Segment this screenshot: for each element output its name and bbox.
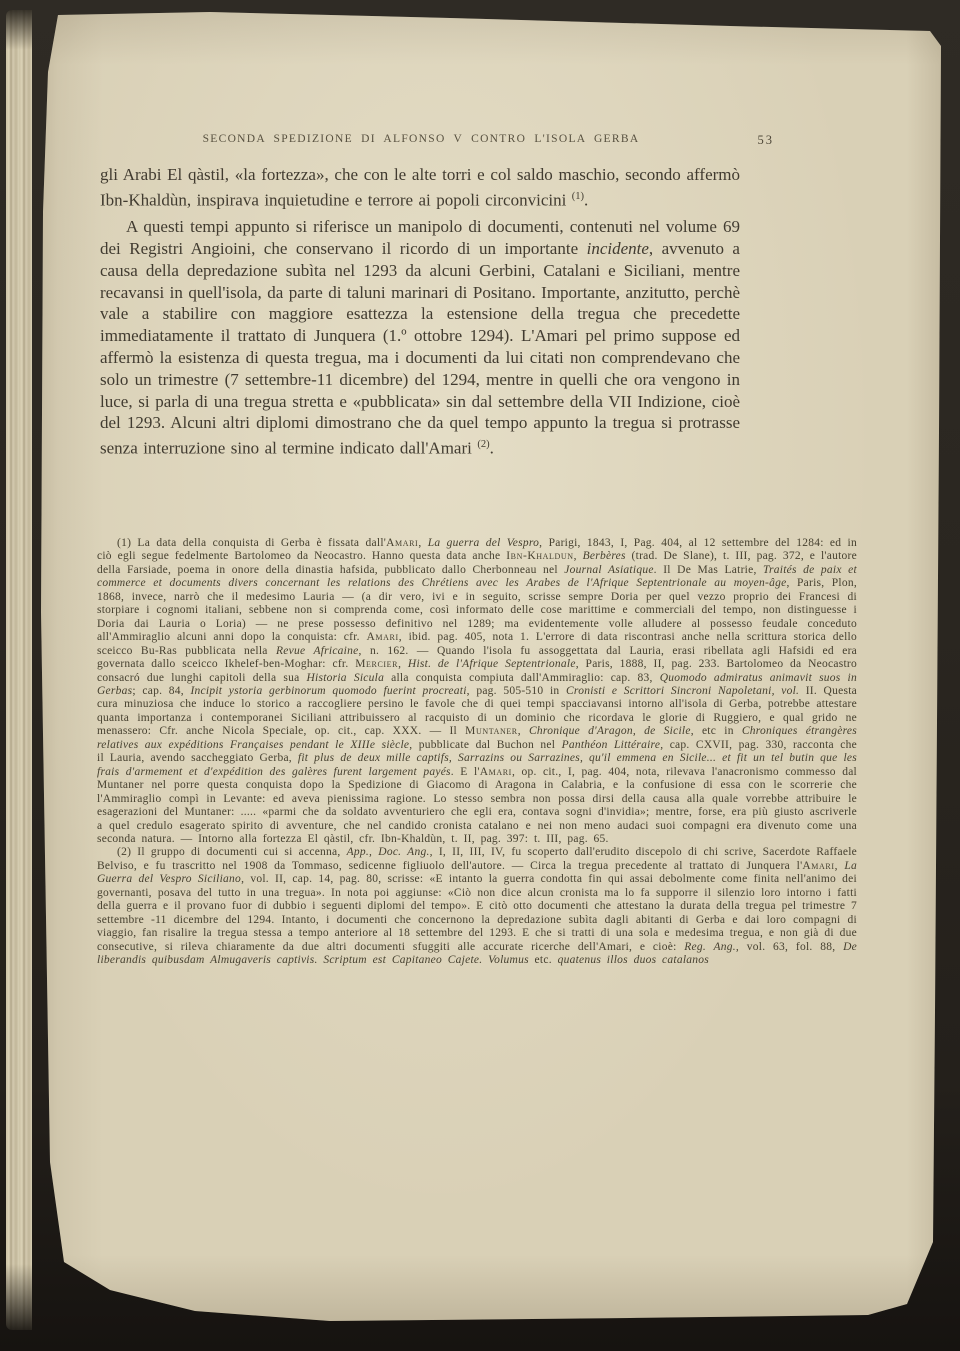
scanned-book-photo: SECONDA SPEDIZIONE DI ALFONSO V CONTRO L…	[0, 0, 960, 1351]
body-text: gli Arabi El qàstil, «la fortezza», che …	[100, 164, 740, 465]
body-paragraph-continuation: gli Arabi El qàstil, «la fortezza», che …	[100, 164, 740, 211]
body-paragraph: A questi tempi appunto si riferisce un m…	[100, 216, 740, 459]
footnotes-section: (1) La data della conquista di Gerba è f…	[97, 537, 857, 968]
book-page-edges	[6, 10, 32, 1330]
book-page: SECONDA SPEDIZIONE DI ALFONSO V CONTRO L…	[30, 12, 943, 1334]
footnote-1: (1) La data della conquista di Gerba è f…	[97, 537, 857, 846]
footnote-2: (2) Il gruppo di documenti cui si accenn…	[97, 846, 857, 967]
page-number: 53	[758, 133, 775, 148]
running-header: SECONDA SPEDIZIONE DI ALFONSO V CONTRO L…	[100, 133, 742, 151]
running-title: SECONDA SPEDIZIONE DI ALFONSO V CONTRO L…	[203, 133, 640, 145]
